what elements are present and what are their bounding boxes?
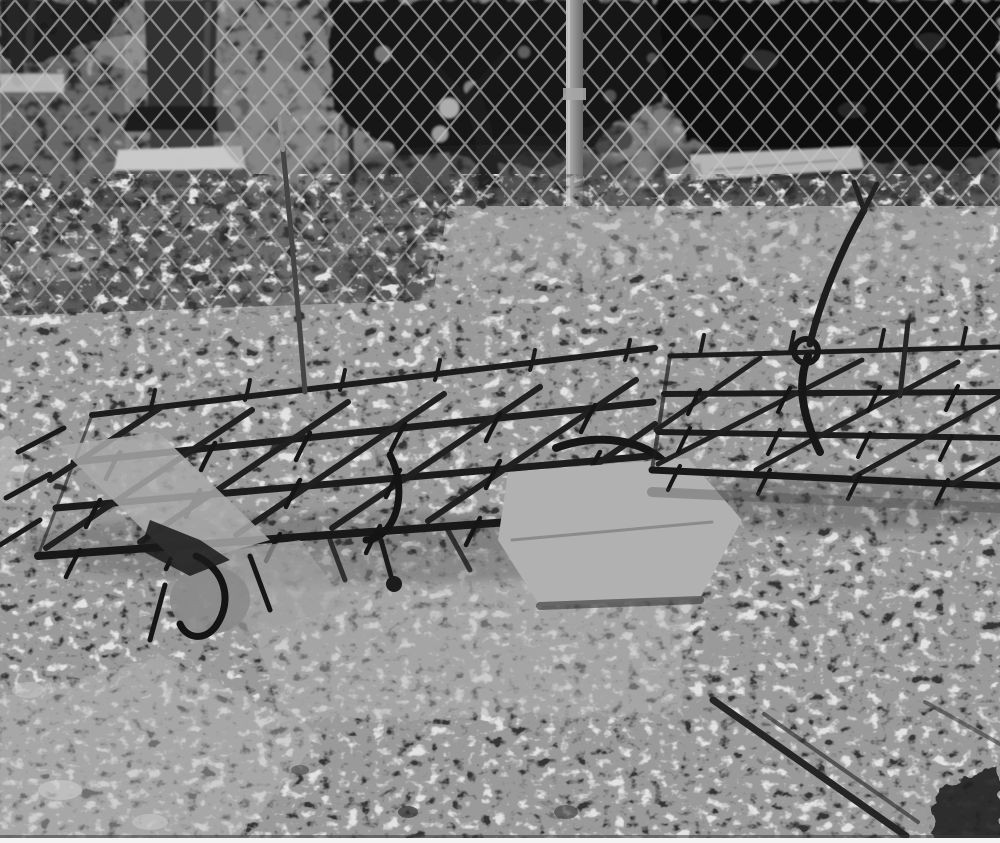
bright-leaf-fleck-3	[12, 682, 44, 698]
ground-light-behind-harrows	[452, 214, 992, 276]
photo-frame	[0, 0, 1000, 843]
dark-leaf-fleck-3	[291, 765, 309, 775]
stone-under-right-corner	[498, 458, 742, 606]
photo-bottom-white-strip	[0, 838, 1000, 843]
photo	[0, 0, 1000, 843]
bright-leaf-fleck-2	[132, 814, 168, 830]
chain-link-mesh-left-extension	[0, 208, 445, 316]
fence-post-collar	[563, 88, 586, 100]
dark-leaf-fleck-1	[398, 806, 418, 818]
dark-leaf-fleck-2	[554, 805, 578, 819]
chain-link-mesh	[0, 0, 1000, 208]
bright-leaf-fleck-1	[38, 780, 82, 800]
photo-bottom-edge-line	[0, 835, 1000, 838]
left-harrow-chain-knob	[386, 576, 402, 592]
